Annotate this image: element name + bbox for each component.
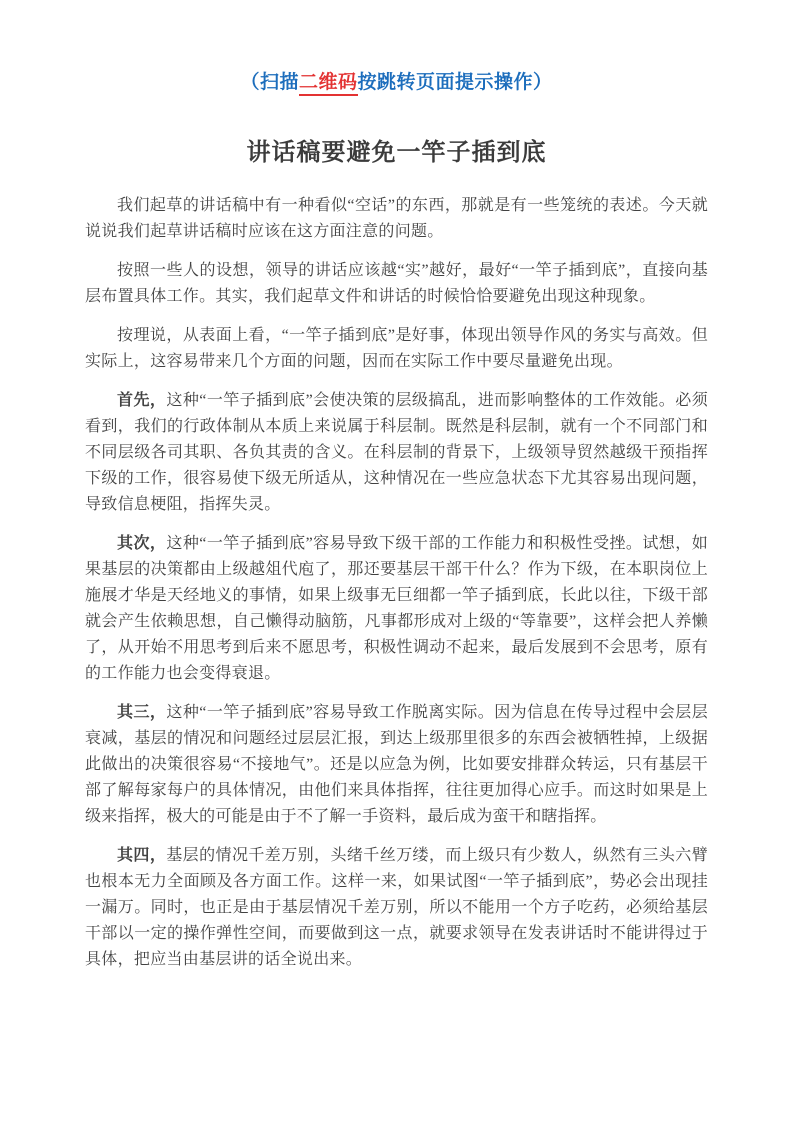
paragraph-1: 我们起草的讲话稿中有一种看似“空话”的东西，那就是有一些笼统的表述。今天就说说我… [85, 193, 708, 245]
paragraph-4-first: 首先，这种“一竿子插到底”会使决策的层级搞乱，进而影响整体的工作效能。必须看到，… [85, 388, 708, 518]
paragraph-7-fourth: 其四，基层的情况千差万别，头绪千丝万缕，而上级只有少数人，纵然有三头六臂也根本无… [85, 843, 708, 973]
paragraph-3-text: 按理说，从表面上看，“一竿子插到底”是好事，体现出领导作风的务实与高效。但实际上… [85, 327, 708, 370]
scan-note-suffix: 按跳转页面提示操作） [358, 72, 553, 93]
paragraph-5-text: 这种“一竿子插到底”容易导致下级干部的工作能力和积极性受挫。试想，如果基层的决策… [85, 535, 708, 682]
paragraph-7-lead: 其四， [117, 847, 166, 864]
paragraph-5-lead: 其次， [117, 535, 166, 552]
paragraph-6-lead: 其三， [117, 704, 166, 721]
paragraph-6-third: 其三，这种“一竿子插到底”容易导致工作脱离实际。因为信息在传导过程中会层层衰减，… [85, 700, 708, 830]
scan-note-prefix: （扫描 [240, 72, 299, 93]
document-body: 我们起草的讲话稿中有一种看似“空话”的东西，那就是有一些笼统的表述。今天就说说我… [85, 193, 708, 973]
paragraph-2: 按照一些人的设想，领导的讲话应该越“实”越好，最好“一竿子插到底”，直接向基层布… [85, 258, 708, 310]
scan-note-qr-highlight: 二维码 [299, 72, 358, 96]
paragraph-5-second: 其次，这种“一竿子插到底”容易导致下级干部的工作能力和积极性受挫。试想，如果基层… [85, 531, 708, 687]
paragraph-6-text: 这种“一竿子插到底”容易导致工作脱离实际。因为信息在传导过程中会层层衰减，基层的… [85, 704, 708, 825]
scan-qr-note: （扫描二维码按跳转页面提示操作） [85, 70, 708, 96]
paragraph-3: 按理说，从表面上看，“一竿子插到底”是好事，体现出领导作风的务实与高效。但实际上… [85, 323, 708, 375]
paragraph-2-text: 按照一些人的设想，领导的讲话应该越“实”越好，最好“一竿子插到底”，直接向基层布… [85, 262, 708, 305]
paragraph-4-text: 这种“一竿子插到底”会使决策的层级搞乱，进而影响整体的工作效能。必须看到，我们的… [85, 392, 708, 513]
paragraph-7-text: 基层的情况千差万别，头绪千丝万缕，而上级只有少数人，纵然有三头六臂也根本无力全面… [85, 847, 708, 968]
document-page: （扫描二维码按跳转页面提示操作） 讲话稿要避免一竿子插到底 我们起草的讲话稿中有… [0, 0, 793, 1122]
document-title: 讲话稿要避免一竿子插到底 [85, 138, 708, 168]
paragraph-1-text: 我们起草的讲话稿中有一种看似“空话”的东西，那就是有一些笼统的表述。今天就说说我… [85, 197, 708, 240]
paragraph-4-lead: 首先， [117, 392, 166, 409]
